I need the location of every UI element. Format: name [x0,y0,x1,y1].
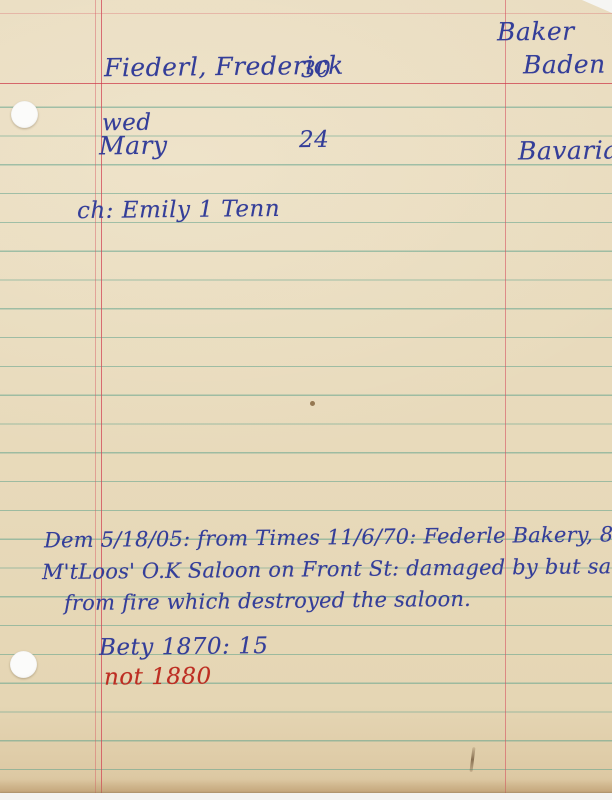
head-age: 30 [301,57,332,83]
note-line-2: M'tLoos' O.K Saloon on Front St: damaged… [42,554,612,584]
ruled-lines [0,79,612,771]
occupation-note: Baker [497,17,575,47]
left-margin-line-outer [95,0,96,800]
paper-scratch [469,747,475,772]
punch-hole-bottom [10,651,37,678]
note-line-1: Dem 5/18/05: from Times 11/6/70: Federle… [44,522,612,553]
scan-edge-bottom [0,793,612,800]
spouse-age: 24 [299,127,330,153]
child-line: ch: Emily 1 Tenn [77,196,280,224]
scanned-notebook-page: Baker Fiederl, Frederick 30 Baden wed Ma… [0,0,612,800]
directory-ref: Bety 1870: 15 [99,633,269,661]
punch-hole-top [11,101,38,128]
spouse-name: Mary [99,131,168,161]
page-bottom-shadow [0,780,612,793]
spouse-birthplace: Bavaria [518,135,612,165]
scan-corner-top-right [582,0,612,13]
note-line-3: from fire which destroyed the saloon. [64,587,471,615]
paper-speck [310,401,315,406]
header-rule [0,83,612,84]
right-margin-line [505,0,506,800]
head-birthplace: Baden [523,50,606,80]
top-faint-rule [0,13,612,14]
red-annotation: not 1880 [104,663,212,690]
